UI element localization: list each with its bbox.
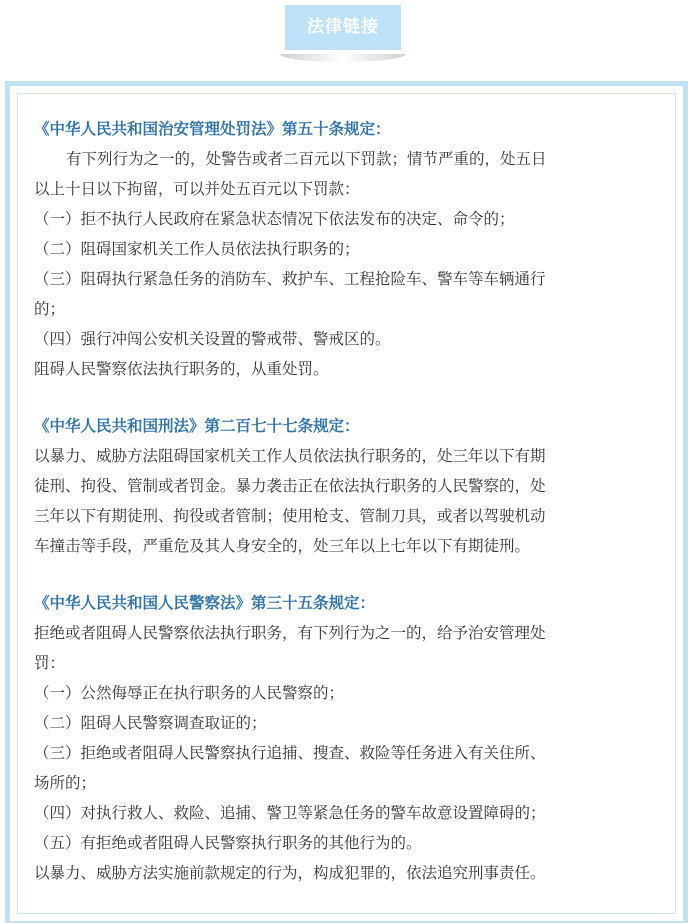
law-clause-item: （一）公然侮辱正在执行职务的人民警察的； bbox=[34, 678, 665, 708]
law-clause-item: （二）阻碍人民警察调查取证的； bbox=[34, 708, 665, 738]
law-section-public-security: 《中华人民共和国治安管理处罚法》第五十条规定： 有下列行为之一的，处警告或者二百… bbox=[34, 114, 665, 384]
law-title: 《中华人民共和国人民警察法》第三十五条规定： bbox=[34, 588, 665, 618]
law-paragraph: 罚： bbox=[34, 648, 665, 678]
legal-content-frame: 《中华人民共和国治安管理处罚法》第五十条规定： 有下列行为之一的，处警告或者二百… bbox=[5, 81, 688, 923]
section-badge-legal-links: 法律链接 bbox=[285, 5, 401, 50]
law-clause-item: （四）强行冲闯公安机关设置的警戒带、警戒区的。 bbox=[34, 324, 665, 354]
law-clause-item: （四）对执行救人、救险、追捕、警卫等紧急任务的警车故意设置障碍的； bbox=[34, 798, 665, 828]
law-paragraph: 以暴力、威胁方法实施前款规定的行为，构成犯罪的，依法追究刑事责任。 bbox=[34, 858, 665, 888]
law-paragraph: 拒绝或者阻碍人民警察依法执行职务，有下列行为之一的，给予治安管理处 bbox=[34, 618, 665, 648]
law-clause-item: （三）拒绝或者阻碍人民警察执行追捕、搜查、救险等任务进入有关住所、 bbox=[34, 738, 665, 768]
header: 法律链接 bbox=[0, 0, 688, 80]
law-paragraph: 徒刑、拘役、管制或者罚金。暴力袭击正在依法执行职务的人民警察的，处 bbox=[34, 471, 665, 501]
law-title: 《中华人民共和国刑法》第二百七十七条规定： bbox=[34, 411, 665, 441]
law-paragraph: 以暴力、威胁方法阻碍国家机关工作人员依法执行职务的，处三年以下有期 bbox=[34, 441, 665, 471]
law-paragraph: 三年以下有期徒刑、拘役或者管制；使用枪支、管制刀具，或者以驾驶机动 bbox=[34, 501, 665, 531]
badge-shadow-decoration bbox=[280, 54, 406, 62]
law-clause-item: （一）拒不执行人民政府在紧急状态情况下依法发布的决定、命令的； bbox=[34, 204, 665, 234]
law-section-police-law: 《中华人民共和国人民警察法》第三十五条规定： 拒绝或者阻碍人民警察依法执行职务，… bbox=[34, 588, 665, 888]
law-section-criminal-law: 《中华人民共和国刑法》第二百七十七条规定： 以暴力、威胁方法阻碍国家机关工作人员… bbox=[34, 411, 665, 561]
law-clause-item: （二）阻碍国家机关工作人员依法执行职务的； bbox=[34, 234, 665, 264]
law-paragraph: 场所的； bbox=[34, 768, 665, 798]
law-title: 《中华人民共和国治安管理处罚法》第五十条规定： bbox=[34, 114, 665, 144]
law-paragraph: 车撞击等手段，严重危及其人身安全的，处三年以上七年以下有期徒刑。 bbox=[34, 531, 665, 561]
law-clause-item: （五）有拒绝或者阻碍人民警察执行职务的其他行为的。 bbox=[34, 828, 665, 858]
legal-content-inner-frame: 《中华人民共和国治安管理处罚法》第五十条规定： 有下列行为之一的，处警告或者二百… bbox=[17, 93, 676, 914]
law-paragraph: 有下列行为之一的，处警告或者二百元以下罚款；情节严重的，处五日 bbox=[34, 144, 665, 174]
law-paragraph: 的； bbox=[34, 294, 665, 324]
law-paragraph: 以上十日以下拘留，可以并处五百元以下罚款： bbox=[34, 174, 665, 204]
legal-content: 《中华人民共和国治安管理处罚法》第五十条规定： 有下列行为之一的，处警告或者二百… bbox=[34, 114, 665, 915]
law-clause-item: （三）阻碍执行紧急任务的消防车、救护车、工程抢险车、警车等车辆通行 bbox=[34, 264, 665, 294]
law-paragraph: 阻碍人民警察依法执行职务的，从重处罚。 bbox=[34, 354, 665, 384]
